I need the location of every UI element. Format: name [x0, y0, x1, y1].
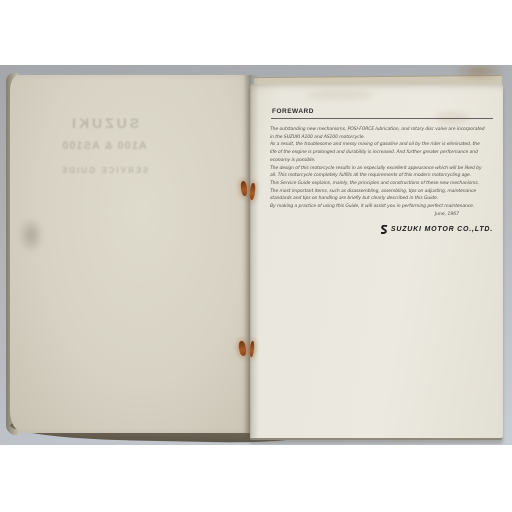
showthrough-line: SUZUKI [28, 115, 180, 131]
foreword-body-line: This Service Guide explains, mainly, the… [270, 180, 494, 188]
foreword-body-line: The outstanding new mechanisms, POSI-FOR… [270, 126, 494, 134]
cover-showthrough-text: SUZUKI A100 & AS100 SERVICE GUIDE [28, 115, 180, 175]
foreword-body-line: As a result, the troublesome and messy m… [270, 141, 494, 149]
foreword-body-line: in the SUZUKI A100 and AS100 motorcycle. [270, 134, 494, 142]
page-stain [18, 217, 44, 253]
foreword-body-line: The most important items, such as disass… [270, 188, 494, 196]
showthrough-line: A100 & AS100 [28, 140, 180, 152]
left-page: SUZUKI A100 & AS100 SERVICE GUIDE [10, 75, 250, 433]
foreword-body-line: all. This motorcycle completely fulfills… [270, 172, 494, 180]
suzuki-logo-icon [380, 225, 388, 234]
date-line: June, 1967 [270, 212, 459, 217]
foreword-body-line: The design of this motorcycle results in… [270, 165, 494, 173]
foreword-body: The outstanding new mechanisms, POSI-FOR… [270, 126, 494, 211]
heading-underline [271, 118, 493, 119]
foreword-body-line: life of the engine is prolonged and dura… [270, 149, 494, 157]
foreword-body-line: By making a practice of using this Guide… [270, 203, 494, 211]
photo-frame: SUZUKI A100 & AS100 SERVICE GUIDE FOREWA… [0, 0, 512, 512]
company-line: SUZUKI MOTOR CO.,LTD. [380, 225, 493, 234]
foreword-body-line: economy is possible. [270, 157, 494, 165]
center-fold-shadow [243, 75, 259, 438]
photo-background: SUZUKI A100 & AS100 SERVICE GUIDE FOREWA… [0, 65, 512, 445]
company-name: SUZUKI MOTOR CO.,LTD. [391, 226, 493, 233]
showthrough-line: SERVICE GUIDE [28, 166, 180, 175]
foxing-stain [305, 90, 375, 100]
foreword-body-line: standards and tips on handling are brief… [270, 195, 494, 203]
right-page: FOREWARD The outstanding new mechanisms,… [250, 84, 503, 440]
foreword-heading: FOREWARD [272, 108, 314, 115]
